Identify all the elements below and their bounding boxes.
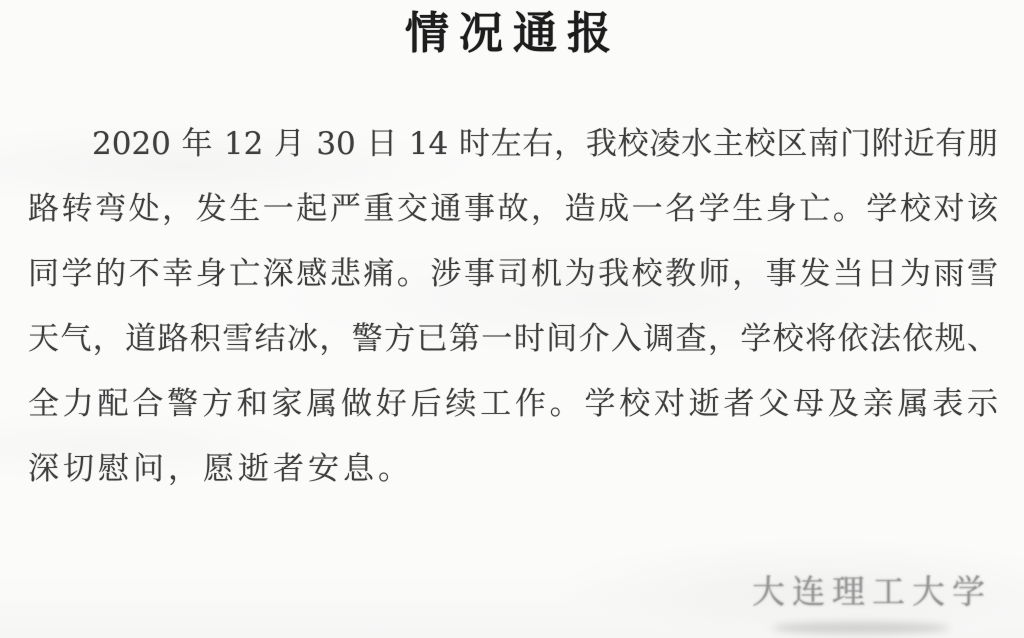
document-body: 2020 年 12 月 30 日 14 时左右，我校凌水主校区南门附近有朋 路转… [28,112,998,502]
faint-date-smudge [772,622,950,634]
signature: 大连理工大学 [28,572,998,612]
document-page: 情况通报 2020 年 12 月 30 日 14 时左右，我校凌水主校区南门附近… [0,0,1024,638]
body-line-4: 天气，道路积雪结冰，警方已第一时间介入调查，学校将依法依规、 [28,307,998,372]
document-title: 情况通报 [28,8,998,60]
body-line-5: 全力配合警方和家属做好后续工作。学校对逝者父母及亲属表示 [28,372,998,437]
body-line-3: 同学的不幸身亡深感悲痛。涉事司机为我校教师，事发当日为雨雪 [28,242,998,307]
body-line-6: 深切慰问，愿逝者安息。 [28,437,998,502]
body-line-1: 2020 年 12 月 30 日 14 时左右，我校凌水主校区南门附近有朋 [28,112,998,177]
body-line-2: 路转弯处，发生一起严重交通事故，造成一名学生身亡。学校对该 [28,177,998,242]
